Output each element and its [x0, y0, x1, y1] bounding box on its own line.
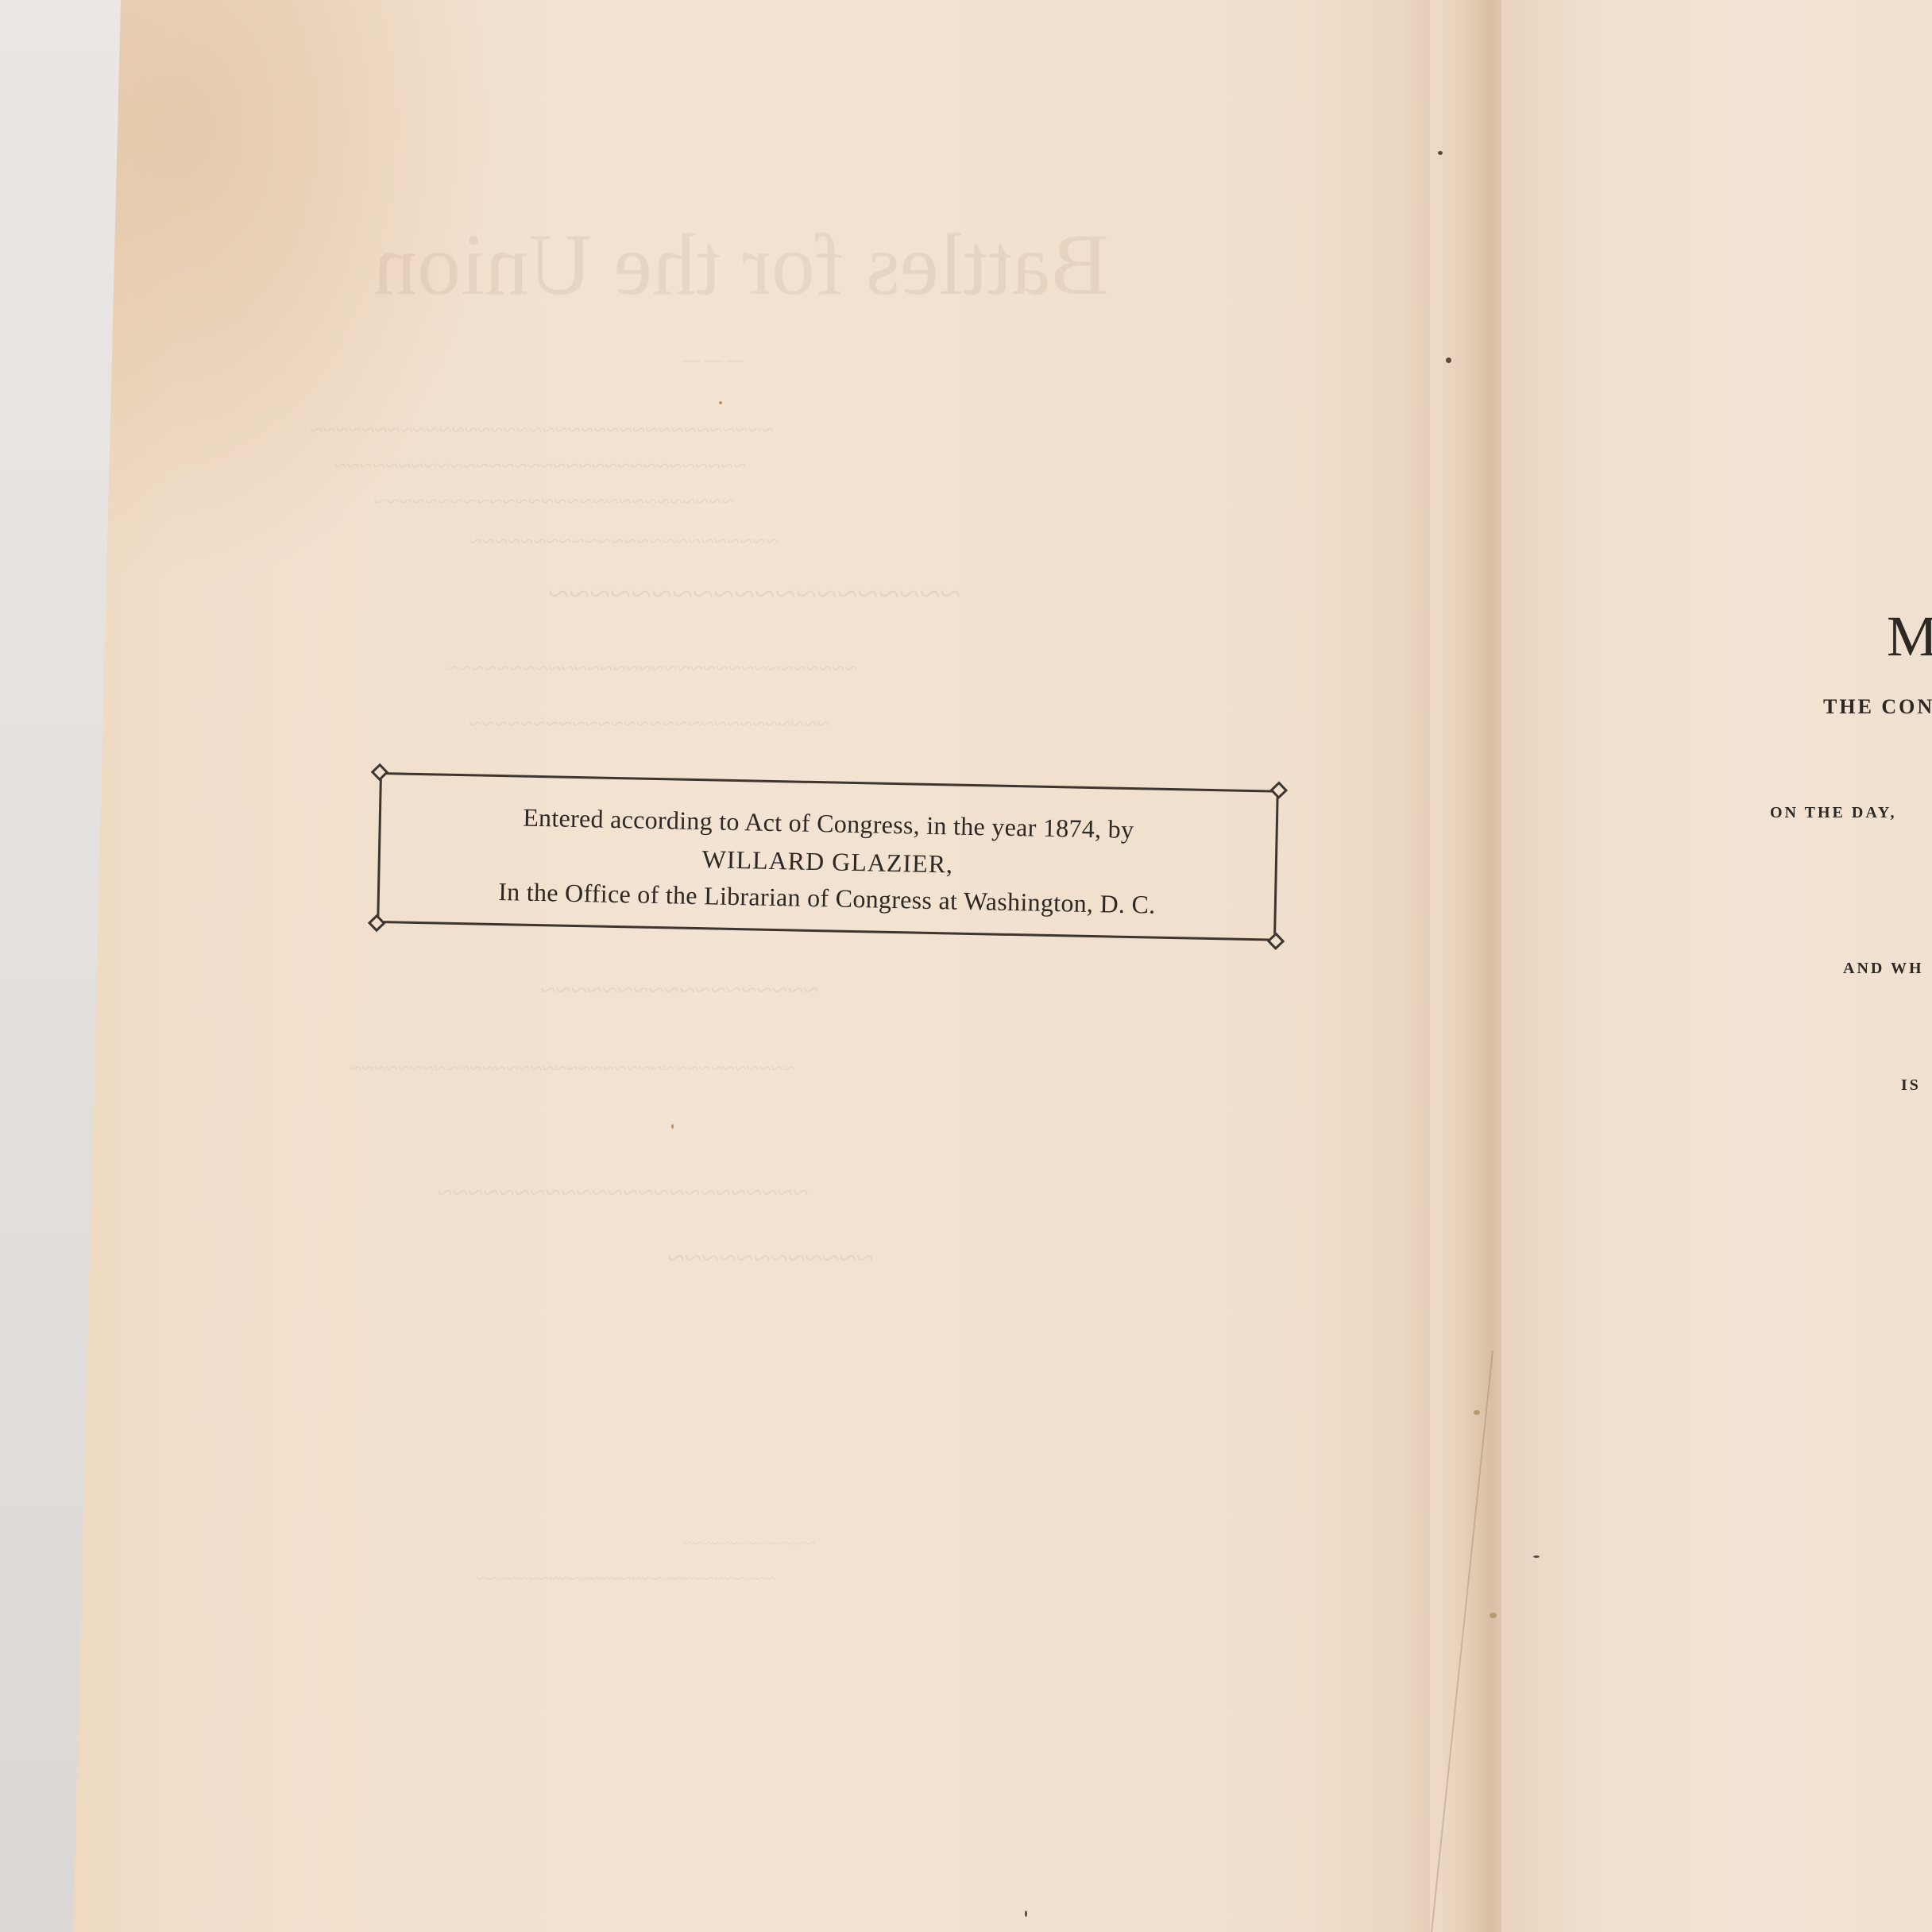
paper-speck: [719, 401, 722, 404]
paper-speck: [1474, 1410, 1480, 1415]
paper-speck: [1490, 1613, 1497, 1618]
paper-speck: [1533, 1555, 1540, 1558]
paper-speck: [1446, 357, 1451, 363]
paper-speck: [671, 1124, 674, 1129]
dedication-line: THE CON: [1823, 695, 1932, 719]
showthrough-line: ~~~~~~~~~~~~~~~~~~~~~~~~~~~~: [373, 489, 734, 516]
showthrough-publisher-city: ~~~~~~~~~~~~: [667, 1239, 874, 1277]
showthrough-line: ~~~~~~~~~~~~~~~~~~~~~~~~: [437, 1176, 808, 1209]
showthrough-line: ~~~~~~~~~~~~~~: [683, 1533, 816, 1554]
showthrough-title: Battles for the Union: [373, 214, 1109, 315]
showthrough-line: ~~~~~~~~~~~~~~~~~~~~~~~~~~~~~~~~: [445, 655, 857, 682]
showthrough-line: ~~~~~~~~~~~~~~~~~~: [540, 973, 819, 1007]
dedication-initial: M: [1887, 604, 1932, 670]
dedication-line: IS: [1901, 1076, 1921, 1095]
showthrough-line: ~~~~~~~~~~~~~~~~~~~~~~~~~~~~~~~~~~~~: [310, 417, 774, 444]
showthrough-line: ~~~~~~~~~~~~~~~~~~~~~~~~~~~~~: [477, 1569, 776, 1590]
dedication-line: ON THE DAY,: [1770, 804, 1897, 822]
showthrough-line: ~~~~~~~~~~~~~~~~~~~~~~~~: [469, 528, 779, 555]
paper-speck: [1438, 151, 1443, 155]
showthrough-line: ~~~~~~~~~~~~~~~~~~~~~~~~~~~~~~~~: [334, 453, 746, 480]
showthrough-line: ~~~~~~~~~~~~~~~~~~~~~~~~~~~~: [469, 711, 829, 738]
showthrough-rule: — — —: [683, 350, 744, 370]
paper-speck: [1025, 1911, 1027, 1917]
left-page: Battles for the Union — — — ~~~~~~~~~~~~…: [0, 0, 1454, 1932]
showthrough-line: ~~~~~~~~~~~~~~~~~~~~~~~~~~~~~~~~~~~~~: [350, 1057, 795, 1082]
copyright-notice-box: Entered according to Act of Congress, in…: [377, 772, 1279, 941]
showthrough-author: ~~~~~~~~~~~~~~~~~~~~: [548, 572, 960, 616]
dedication-line: AND WH: [1843, 960, 1924, 978]
